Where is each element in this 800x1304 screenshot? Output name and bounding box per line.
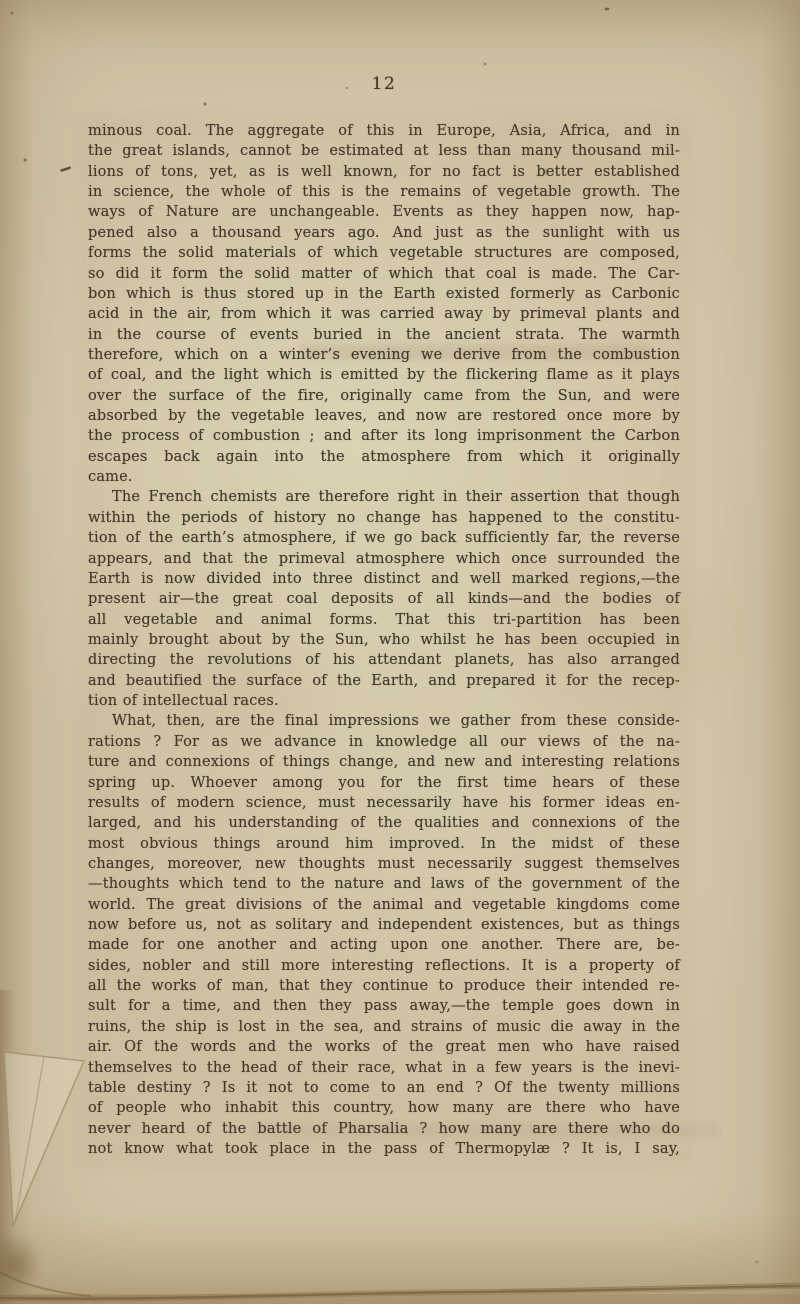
text-line: all vegetable and animal forms. That thi… <box>88 610 680 630</box>
text-line: of coal, and the light which is emitted … <box>88 365 680 385</box>
text-line: in science, the whole of this is the rem… <box>88 182 680 202</box>
text-line: came. <box>88 467 680 487</box>
text-line: table destiny ? Is it not to come to an … <box>88 1078 680 1098</box>
corner-crease-fold-line <box>15 1057 44 1222</box>
paragraph: The French chemists are therefore right … <box>88 487 680 711</box>
speck <box>204 103 207 106</box>
text-line: therefore, which on a winter’s evening w… <box>88 345 680 365</box>
text-line: all the works of man, that they continue… <box>88 976 680 996</box>
text-line: within the periods of history no change … <box>88 508 680 528</box>
text-line: sult for a time, and then they pass away… <box>88 996 680 1016</box>
text-line: the process of combustion ; and after it… <box>88 426 680 446</box>
page-bottom-edge-line <box>0 1286 800 1299</box>
text-line: bon which is thus stored up in the Earth… <box>88 284 680 304</box>
text-line: present air—the great coal deposits of a… <box>88 589 680 609</box>
book-page-scan: 12 minous coal. The aggregate of this in… <box>0 0 800 1304</box>
text-line: so did it form the solid matter of which… <box>88 264 680 284</box>
text-line: of people who inhabit this country, how … <box>88 1098 680 1118</box>
text-line: mainly brought about by the Sun, who whi… <box>88 630 680 650</box>
text-line: ture and connexions of things change, an… <box>88 752 680 772</box>
text-line: larged, and his understanding of the qua… <box>88 813 680 833</box>
paragraph: minous coal. The aggregate of this in Eu… <box>88 121 680 487</box>
speck <box>605 8 610 11</box>
next-page-edge-line <box>500 1283 800 1290</box>
text-line: acid in the air, from which it was carri… <box>88 304 680 324</box>
page-bottom-edge-strip <box>0 1294 800 1304</box>
text-line: directing the revolutions of his attenda… <box>88 650 680 670</box>
text-line: ruins, the ship is lost in the sea, and … <box>88 1017 680 1037</box>
text-line: changes, moreover, new thoughts must nec… <box>88 854 680 874</box>
text-line: never heard of the battle of Pharsalia ?… <box>88 1119 680 1139</box>
paragraph: What, then, are the final impressions we… <box>88 711 680 1159</box>
text-line: —thoughts which tend to the nature and l… <box>88 874 680 894</box>
text-line: tion of the earth’s atmosphere, if we go… <box>88 528 680 548</box>
speck <box>756 1261 759 1264</box>
text-line: results of modern science, must necessar… <box>88 793 680 813</box>
text-line: lions of tons, yet, as is well known, fo… <box>88 162 680 182</box>
text-line: now before us, not as solitary and indep… <box>88 915 680 935</box>
text-line: over the surface of the fire, originally… <box>88 386 680 406</box>
text-line: made for one another and acting upon one… <box>88 935 680 955</box>
text-line: minous coal. The aggregate of this in Eu… <box>88 121 680 141</box>
page-text-block: minous coal. The aggregate of this in Eu… <box>88 121 680 1159</box>
page-left-edge-shadow <box>0 990 16 1304</box>
text-line: themselves to the head of their race, wh… <box>88 1058 680 1078</box>
text-line: most obvious things around him improved.… <box>88 834 680 854</box>
corner-smudge <box>0 1234 42 1296</box>
bottom-left-corner-curve <box>0 1272 90 1296</box>
text-line: Earth is now divided into three distinct… <box>88 569 680 589</box>
text-line: escapes back again into the atmosphere f… <box>88 447 680 467</box>
text-line: world. The great divisions of the animal… <box>88 895 680 915</box>
margin-pen-mark <box>60 166 71 172</box>
text-line: ways of Nature are unchangeable. Events … <box>88 202 680 222</box>
text-line: tion of intellectual races. <box>88 691 680 711</box>
text-line: and beautified the surface of the Earth,… <box>88 671 680 691</box>
text-line: the great islands, cannot be estimated a… <box>88 141 680 161</box>
page-number: 12 <box>88 74 680 94</box>
text-line: What, then, are the final impressions we… <box>88 711 680 731</box>
text-line: in the course of events buried in the an… <box>88 325 680 345</box>
text-line: spring up. Whoever among you for the fir… <box>88 773 680 793</box>
text-line: air. Of the words and the works of the g… <box>88 1037 680 1057</box>
corner-crease <box>4 1052 84 1226</box>
text-line: pened also a thousand years ago. And jus… <box>88 223 680 243</box>
text-line: forms the solid materials of which veget… <box>88 243 680 263</box>
text-line: not know what took place in the pass of … <box>88 1139 680 1159</box>
speck <box>484 63 487 66</box>
speck <box>23 158 26 161</box>
text-line: The French chemists are therefore right … <box>88 487 680 507</box>
text-line: appears, and that the primeval atmospher… <box>88 549 680 569</box>
text-line: sides, nobler and still more interesting… <box>88 956 680 976</box>
text-line: rations ? For as we advance in knowledge… <box>88 732 680 752</box>
page-bottom-edge-soft <box>0 1286 800 1299</box>
text-line: absorbed by the vegetable leaves, and no… <box>88 406 680 426</box>
speck <box>11 12 14 15</box>
corner-crease-edge <box>0 1036 4 1052</box>
